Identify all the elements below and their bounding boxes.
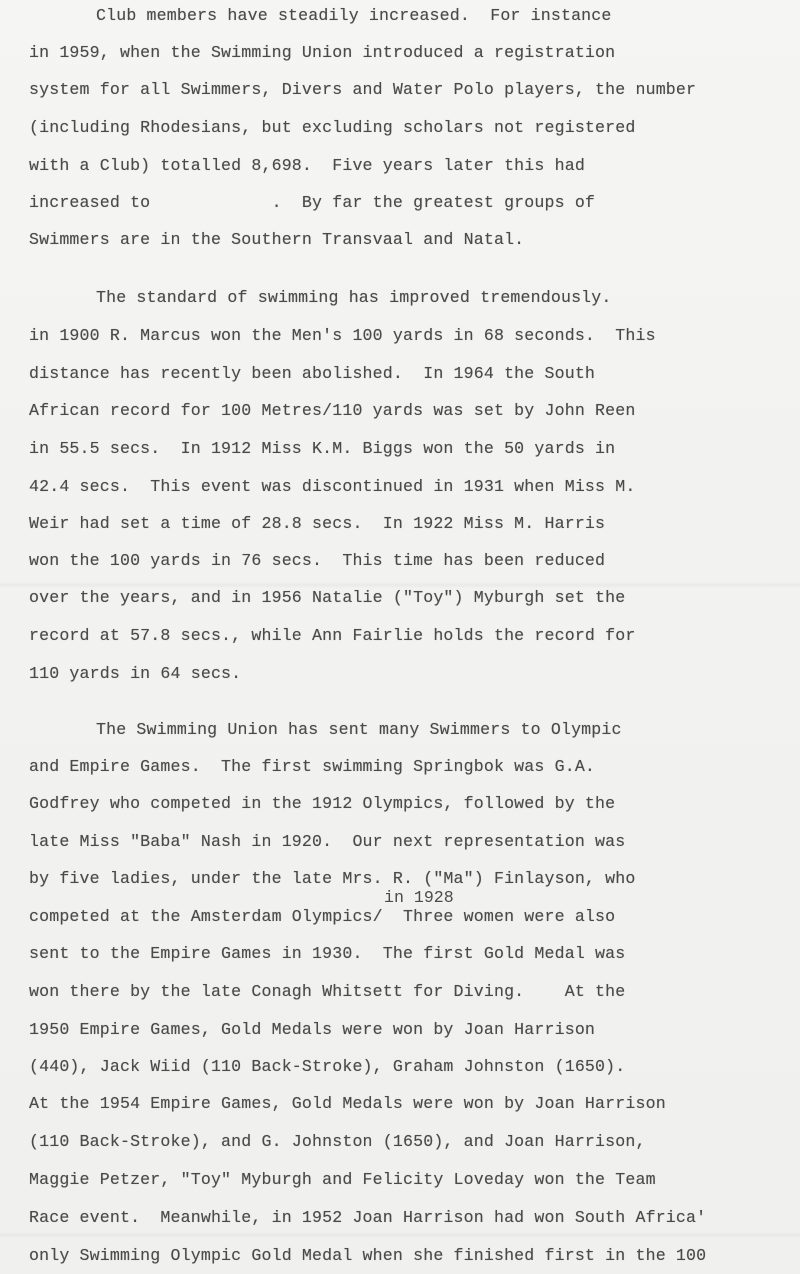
text-line: competed at the Amsterdam Olympics/ Thre… <box>29 907 615 927</box>
text-line: (including Rhodesians, but excluding sch… <box>29 118 635 138</box>
text-line: 110 yards in 64 secs. <box>29 664 241 684</box>
text-line: Godfrey who competed in the 1912 Olympic… <box>29 794 615 814</box>
text-line: with a Club) totalled 8,698. Five years … <box>29 156 585 176</box>
text-line: Weir had set a time of 28.8 secs. In 192… <box>29 514 605 534</box>
text-line: The Swimming Union has sent many Swimmer… <box>96 720 622 740</box>
text-line: At the 1954 Empire Games, Gold Medals we… <box>29 1094 666 1114</box>
text-line: Race event. Meanwhile, in 1952 Joan Harr… <box>29 1208 706 1228</box>
text-line: Club members have steadily increased. Fo… <box>96 6 612 26</box>
text-line: (110 Back-Stroke), and G. Johnston (1650… <box>29 1132 646 1152</box>
text-line: 42.4 secs. This event was discontinued i… <box>29 477 635 497</box>
text-line: won there by the late Conagh Whitsett fo… <box>29 982 625 1002</box>
text-line: in 1900 R. Marcus won the Men's 100 yard… <box>29 326 656 346</box>
text-line: distance has recently been abolished. In… <box>29 364 595 384</box>
text-line: Swimmers are in the Southern Transvaal a… <box>29 230 524 250</box>
text-line: (440), Jack Wiid (110 Back-Stroke), Grah… <box>29 1057 625 1077</box>
text-line: and Empire Games. The first swimming Spr… <box>29 757 595 777</box>
text-line: system for all Swimmers, Divers and Wate… <box>29 80 696 100</box>
text-line: won the 100 yards in 76 secs. This time … <box>29 551 605 571</box>
handwritten-insertion: in 1928 <box>384 888 454 908</box>
text-line: only Swimming Olympic Gold Medal when sh… <box>29 1246 706 1266</box>
text-line: in 55.5 secs. In 1912 Miss K.M. Biggs wo… <box>29 439 615 459</box>
paper-fold <box>0 1232 800 1238</box>
text-line: Maggie Petzer, "Toy" Myburgh and Felicit… <box>29 1170 656 1190</box>
text-line: late Miss "Baba" Nash in 1920. Our next … <box>29 832 625 852</box>
text-line: The standard of swimming has improved tr… <box>96 288 612 308</box>
text-line: over the years, and in 1956 Natalie ("To… <box>29 588 625 608</box>
text-line: by five ladies, under the late Mrs. R. (… <box>29 869 635 889</box>
text-line: sent to the Empire Games in 1930. The fi… <box>29 944 625 964</box>
text-line: in 1959, when the Swimming Union introdu… <box>29 43 615 63</box>
text-line: increased to . By far the greatest group… <box>29 193 595 213</box>
text-line: 1950 Empire Games, Gold Medals were won … <box>29 1020 595 1040</box>
scanned-page: Club members have steadily increased. Fo… <box>0 0 800 1274</box>
text-line: record at 57.8 secs., while Ann Fairlie … <box>29 626 635 646</box>
text-line: African record for 100 Metres/110 yards … <box>29 401 635 421</box>
